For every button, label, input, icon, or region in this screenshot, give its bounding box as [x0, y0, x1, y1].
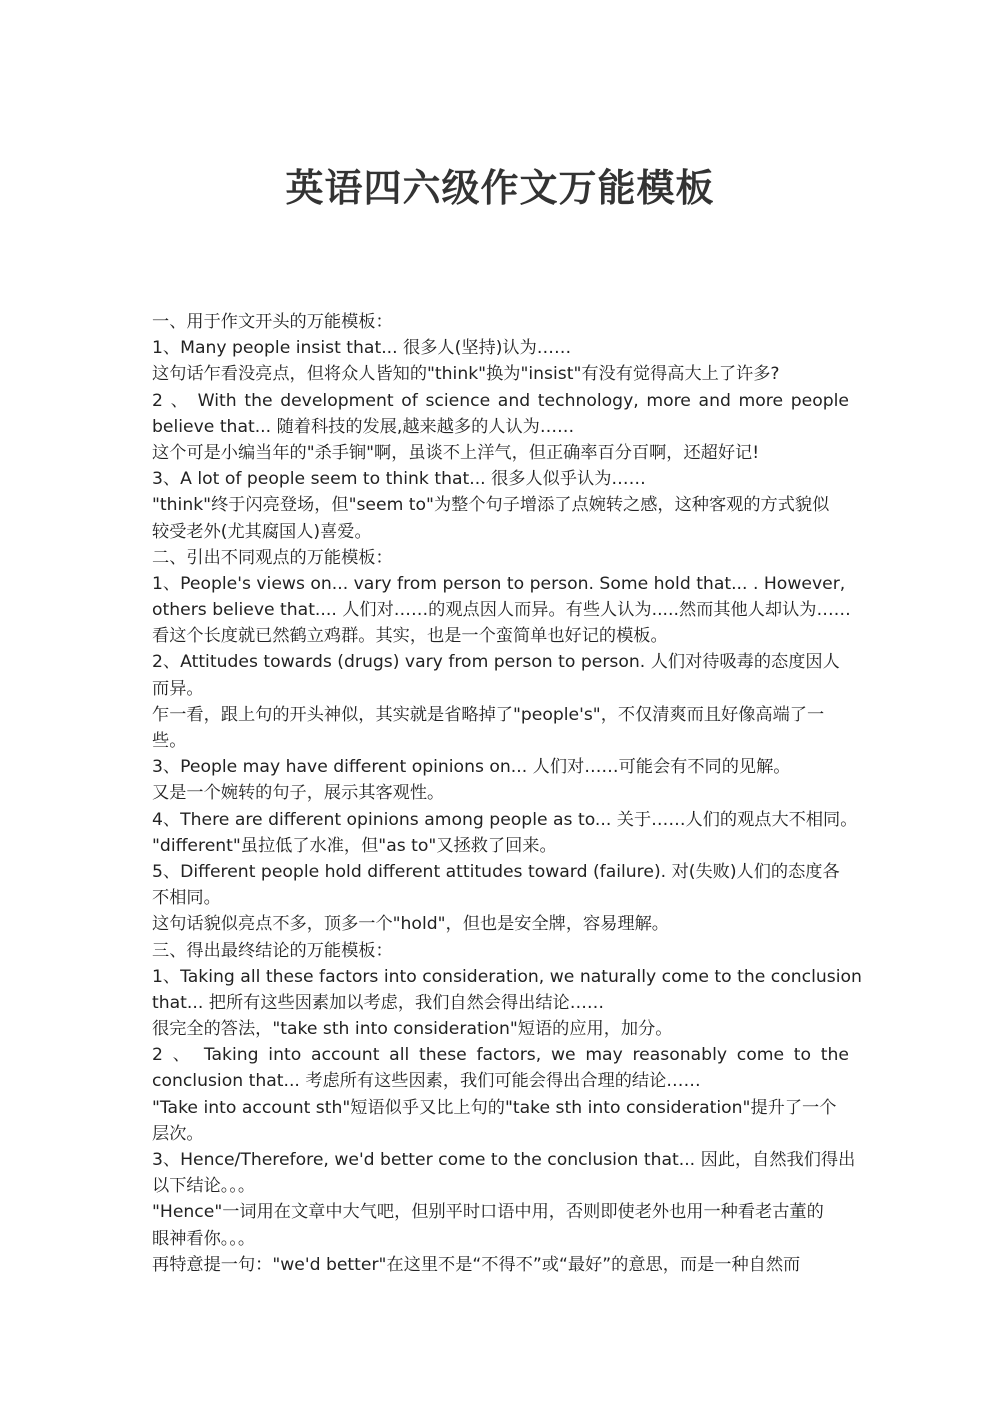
- section-heading-opening: 一、用于作文开头的万能模板：: [152, 309, 849, 335]
- section-heading-conclusion: 三、得出最终结论的万能模板：: [152, 938, 849, 964]
- template-line: 2 、 Taking into account all these factor…: [152, 1042, 849, 1068]
- comment-line: 这句话乍看没亮点，但将众人皆知的"think"换为"insist"有没有觉得高大…: [152, 361, 849, 387]
- comment-line: "Take into account sth"短语似乎又比上句的"take st…: [152, 1095, 849, 1121]
- template-line: 1、Many people insist that... 很多人(坚持)认为……: [152, 335, 849, 361]
- template-line: 1、Taking all these factors into consider…: [152, 964, 849, 990]
- comment-line: 看这个长度就已然鹤立鸡群。其实，也是一个蛮简单也好记的模板。: [152, 623, 849, 649]
- template-line: others believe that.... 人们对……的观点因人而异。有些人…: [152, 597, 849, 623]
- comment-line: 较受老外(尤其腐国人)喜爱。: [152, 519, 849, 545]
- comment-line: 又是一个婉转的句子，展示其客观性。: [152, 780, 849, 806]
- comment-line: "different"虽拉低了水准，但"as to"又拯救了回来。: [152, 833, 849, 859]
- comment-line: 眼神看你。。。: [152, 1226, 849, 1252]
- template-line: that... 把所有这些因素加以考虑，我们自然会得出结论……: [152, 990, 849, 1016]
- template-line: 2、Attitudes towards (drugs) vary from pe…: [152, 649, 849, 675]
- template-line: 而异。: [152, 676, 849, 702]
- document-title: 英语四六级作文万能模板: [0, 162, 1000, 214]
- template-line: 3、People may have different opinions on.…: [152, 754, 849, 780]
- comment-line: 这个可是小编当年的"杀手锏"啊，虽谈不上洋气，但正确率百分百啊，还超好记!: [152, 440, 849, 466]
- template-line: 3、Hence/Therefore, we'd better come to t…: [152, 1147, 849, 1173]
- template-line: 2 、 With the development of science and …: [152, 388, 849, 414]
- template-line: 3、A lot of people seem to think that... …: [152, 466, 849, 492]
- comment-line: "think"终于闪亮登场，但"seem to"为整个句子增添了点婉转之感，这种…: [152, 492, 849, 518]
- comment-line: 些。: [152, 728, 849, 754]
- comment-line: 很完全的答法，"take sth into consideration"短语的应…: [152, 1016, 849, 1042]
- comment-line: 再特意提一句："we'd better"在这里不是“不得不”或“最好”的意思，而…: [152, 1252, 849, 1278]
- section-heading-views: 二、引出不同观点的万能模板：: [152, 545, 849, 571]
- document-page: 英语四六级作文万能模板 一、用于作文开头的万能模板： 1、Many people…: [0, 0, 1000, 1415]
- document-body: 一、用于作文开头的万能模板： 1、Many people insist that…: [152, 309, 849, 1278]
- comment-line: 这句话貌似亮点不多，顶多一个"hold"，但也是安全牌，容易理解。: [152, 911, 849, 937]
- comment-line: 层次。: [152, 1121, 849, 1147]
- comment-line: "Hence"一词用在文章中大气吧，但别平时口语中用，否则即使老外也用一种看老古…: [152, 1199, 849, 1225]
- template-line: 不相同。: [152, 885, 849, 911]
- comment-line: 乍一看，跟上句的开头神似，其实就是省略掉了"people's"，不仅清爽而且好像…: [152, 702, 849, 728]
- template-line: 1、People's views on... vary from person …: [152, 571, 849, 597]
- template-line: 4、There are different opinions among peo…: [152, 807, 849, 833]
- template-line: conclusion that... 考虑所有这些因素，我们可能会得出合理的结论…: [152, 1068, 849, 1094]
- template-line: 以下结论。。。: [152, 1173, 849, 1199]
- template-line: believe that... 随着科技的发展,越来越多的人认为……: [152, 414, 849, 440]
- template-line: 5、Different people hold different attitu…: [152, 859, 849, 885]
